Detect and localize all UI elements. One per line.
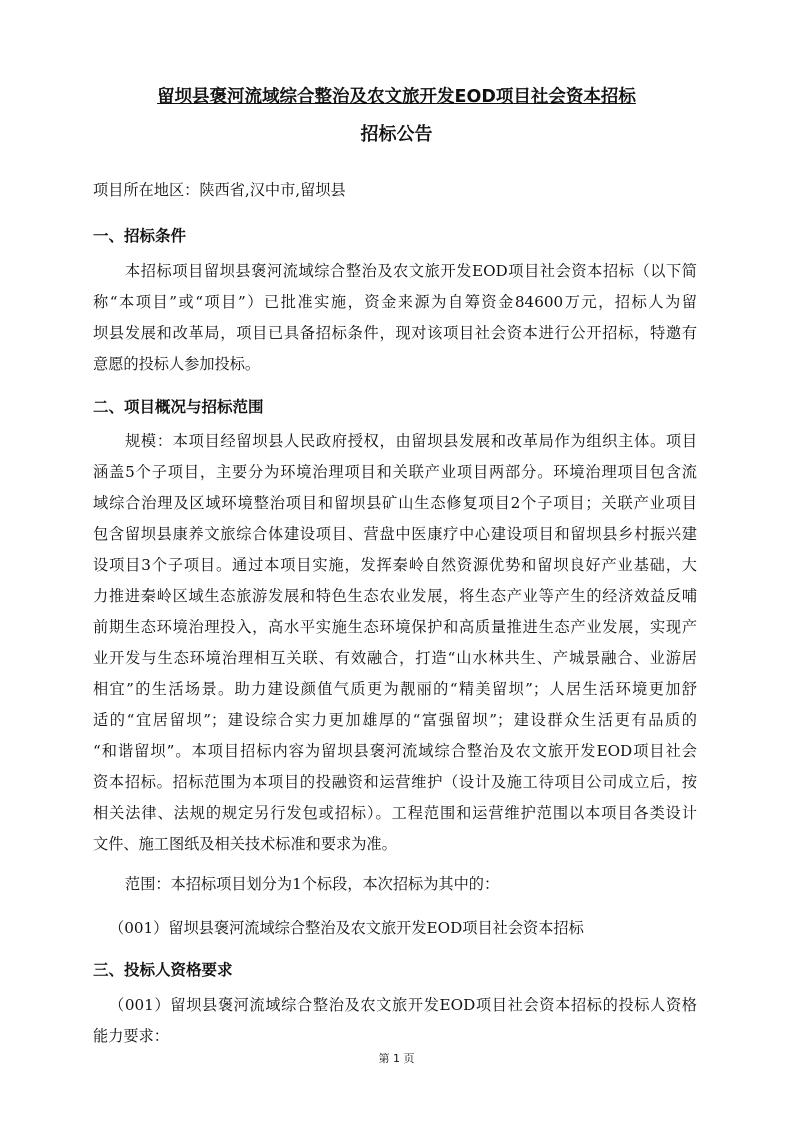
paragraph-line: 适的“宜居留坝”；建设综合实力更加雄厚的“富强留坝”；建设群众生活更有品质的 <box>93 710 697 730</box>
paragraph-line: （001）留坝县褒河流域综合整治及农文旅开发EOD项目社会资本招标的投标人资格 <box>93 995 697 1015</box>
paragraph-line: 相关法律、法规的规定另行发包或招标）。工程范围和运营维护范围以本项目各类设计 <box>93 803 697 823</box>
document-subtitle: 招标公告 <box>0 120 793 146</box>
section-heading-bidding-conditions: 一、招标条件 <box>93 226 186 246</box>
paragraph-line: 前期生态环境治理投入，高水平实施生态环境保护和高质量推进生态产业发展，实现产 <box>93 617 697 637</box>
page-number: 第 1 页 <box>0 1050 793 1066</box>
paragraph-line: 本招标项目留坝县褒河流域综合整治及农文旅开发EOD项目社会资本招标（以下简 <box>93 261 697 281</box>
project-region: 项目所在地区：陕西省,汉中市,留坝县 <box>93 180 346 200</box>
paragraph-line: 域综合治理及区域环境整治项目和留坝县矿山生态修复项目2个子项目；关联产业项目 <box>93 493 697 513</box>
paragraph-line: 称“本项目”或“项目”）已批准实施，资金来源为自筹资金84600万元，招标人为留 <box>93 292 697 312</box>
section-heading-bidder-qualifications: 三、投标人资格要求 <box>93 960 233 980</box>
paragraph-line: 规模：本项目经留坝县人民政府授权，由留坝县发展和改革局作为组织主体。项目 <box>93 431 697 451</box>
paragraph-line: 相宜”的生活场景。助力建设颜值气质更为靓丽的“精美留坝”；人居生活环境更加舒 <box>93 679 697 699</box>
paragraph-line: 意愿的投标人参加投标。 <box>93 354 260 374</box>
paragraph-line: 业开发与生态环境治理相互关联、有效融合，打造“山水林共生、产城景融合、业游居 <box>93 648 697 668</box>
paragraph-line: 涵盖5个子项目，主要分为环境治理项目和关联产业项目两部分。环境治理项目包含流 <box>93 462 697 482</box>
document-title: 留坝县褒河流域综合整治及农文旅开发EOD项目社会资本招标 <box>0 83 793 108</box>
section-heading-project-overview: 二、项目概况与招标范围 <box>93 397 264 417</box>
paragraph-line: 资本招标。招标范围为本项目的投融资和运营维护（设计及施工待项目公司成立后，按 <box>93 772 697 792</box>
paragraph-line: 文件、施工图纸及相关技术标准和要求为准。 <box>93 834 397 854</box>
paragraph-line: 设项目3个子项目。通过本项目实施，发挥秦岭自然资源优势和留坝良好产业基础，大 <box>93 555 697 575</box>
document-page: 留坝县褒河流域综合整治及农文旅开发EOD项目社会资本招标 招标公告 项目所在地区… <box>0 0 793 1122</box>
paragraph-line: 能力要求： <box>93 1026 169 1046</box>
scope-line: 范围：本招标项目划分为1个标段，本次招标为其中的： <box>125 874 499 894</box>
paragraph-line: “和谐留坝”。本项目招标内容为留坝县褒河流域综合整治及农文旅开发EOD项目社会 <box>93 741 697 761</box>
paragraph-line: 力推进秦岭区域生态旅游发展和特色生态农业发展，将生态产业等产生的经济效益反哺 <box>93 586 697 606</box>
paragraph-line: 坝县发展和改革局，项目已具备招标条件，现对该项目社会资本进行公开招标，特邀有 <box>93 323 697 343</box>
paragraph-line: 包含留坝县康养文旅综合体建设项目、营盘中医康疗中心建设项目和留坝县乡村振兴建 <box>93 524 697 544</box>
lot-line: （001）留坝县褒河流域综合整治及农文旅开发EOD项目社会资本招标 <box>109 918 584 938</box>
